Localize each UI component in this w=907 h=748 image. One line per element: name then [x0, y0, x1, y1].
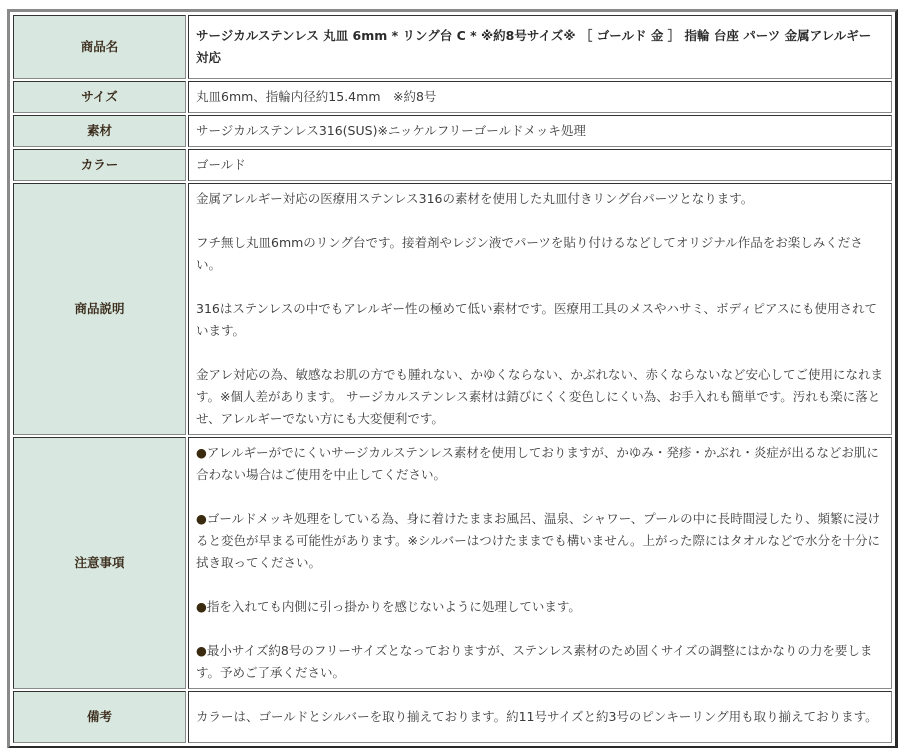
notes-item-text: ゴールドメッキ処理をしている為、身に着けたままお風呂、温泉、シャワー、プールの中… [196, 511, 880, 570]
notes-item-text: 最小サイズ約8号のフリーサイズとなっておりますが、ステンレス素材のため固くサイズ… [196, 643, 872, 680]
spec-value-product-name: サージカルステンレス 丸皿 6mm * リング台 C * ※約8号サイズ※ ［ … [188, 15, 892, 79]
spec-row-description: 商品説明 金属アレルギー対応の医療用ステンレス316の素材を使用した丸皿付きリン… [13, 183, 892, 435]
spec-value-remarks: カラーは、ゴールドとシルバーを取り揃えております。約11号サイズと約3号のピンキ… [188, 691, 892, 743]
notes-item: ●ゴールドメッキ処理をしている為、身に着けたままお風呂、温泉、シャワー、プールの… [196, 508, 883, 574]
notes-item-text: 指を入れても内側に引っ掛かりを感じないように処理しています。 [207, 599, 581, 614]
spec-value-material: サージカルステンレス316(SUS)※ニッケルフリーゴールドメッキ処理 [188, 115, 892, 147]
spec-row-color: カラー ゴールド [13, 149, 892, 181]
spec-label-color: カラー [13, 149, 186, 181]
remarks-text: カラーは、ゴールドとシルバーを取り揃えております。約11号サイズと約3号のピンキ… [196, 706, 883, 728]
spec-row-product-name: 商品名 サージカルステンレス 丸皿 6mm * リング台 C * ※約8号サイズ… [13, 15, 892, 79]
spec-value-notes: ●アレルギーがでにくいサージカルステンレス素材を使用しておりますが、かゆみ・発疹… [188, 437, 892, 689]
bullet-icon: ● [196, 643, 207, 658]
spec-row-remarks: 備考 カラーは、ゴールドとシルバーを取り揃えております。約11号サイズと約3号の… [13, 691, 892, 743]
spec-row-notes: 注意事項 ●アレルギーがでにくいサージカルステンレス素材を使用しておりますが、か… [13, 437, 892, 689]
color-text: ゴールド [196, 154, 883, 176]
spec-value-color: ゴールド [188, 149, 892, 181]
product-spec-table: 商品名 サージカルステンレス 丸皿 6mm * リング台 C * ※約8号サイズ… [11, 13, 894, 745]
spec-label-material: 素材 [13, 115, 186, 147]
size-text: 丸皿6mm、指輪内径約15.4mm ※約8号 [196, 86, 883, 108]
description-paragraph: 金属アレルギー対応の医療用ステンレス316の素材を使用した丸皿付きリング台パーツ… [196, 188, 883, 210]
product-name-text: サージカルステンレス 丸皿 6mm * リング台 C * ※約8号サイズ※ ［ … [196, 25, 883, 69]
spec-value-description: 金属アレルギー対応の医療用ステンレス316の素材を使用した丸皿付きリング台パーツ… [188, 183, 892, 435]
spec-value-size: 丸皿6mm、指輪内径約15.4mm ※約8号 [188, 81, 892, 113]
bullet-icon: ● [196, 599, 207, 614]
spec-row-size: サイズ 丸皿6mm、指輪内径約15.4mm ※約8号 [13, 81, 892, 113]
description-paragraph: 316はステンレスの中でもアレルギー性の極めて低い素材です。医療用工具のメスやハ… [196, 298, 883, 342]
spec-label-description: 商品説明 [13, 183, 186, 435]
material-text: サージカルステンレス316(SUS)※ニッケルフリーゴールドメッキ処理 [196, 120, 883, 142]
notes-item: ●最小サイズ約8号のフリーサイズとなっておりますが、ステンレス素材のため固くサイ… [196, 640, 883, 684]
bullet-icon: ● [196, 445, 207, 460]
spec-label-size: サイズ [13, 81, 186, 113]
spec-row-material: 素材 サージカルステンレス316(SUS)※ニッケルフリーゴールドメッキ処理 [13, 115, 892, 147]
spec-label-notes: 注意事項 [13, 437, 186, 689]
spec-label-remarks: 備考 [13, 691, 186, 743]
description-paragraph: フチ無し丸皿6mmのリング台です。接着剤やレジン液でパーツを貼り付けるなどしてオ… [196, 232, 883, 276]
notes-item-text: アレルギーがでにくいサージカルステンレス素材を使用しておりますが、かゆみ・発疹・… [196, 445, 879, 482]
product-spec-table-frame: 商品名 サージカルステンレス 丸皿 6mm * リング台 C * ※約8号サイズ… [7, 9, 898, 748]
description-paragraph: 金アレ対応の為、敏感なお肌の方でも腫れない、かゆくならない、かぶれない、赤くなら… [196, 364, 883, 430]
spec-label-product-name: 商品名 [13, 15, 186, 79]
bullet-icon: ● [196, 511, 207, 526]
notes-item: ●指を入れても内側に引っ掛かりを感じないように処理しています。 [196, 596, 883, 618]
notes-item: ●アレルギーがでにくいサージカルステンレス素材を使用しておりますが、かゆみ・発疹… [196, 442, 883, 486]
